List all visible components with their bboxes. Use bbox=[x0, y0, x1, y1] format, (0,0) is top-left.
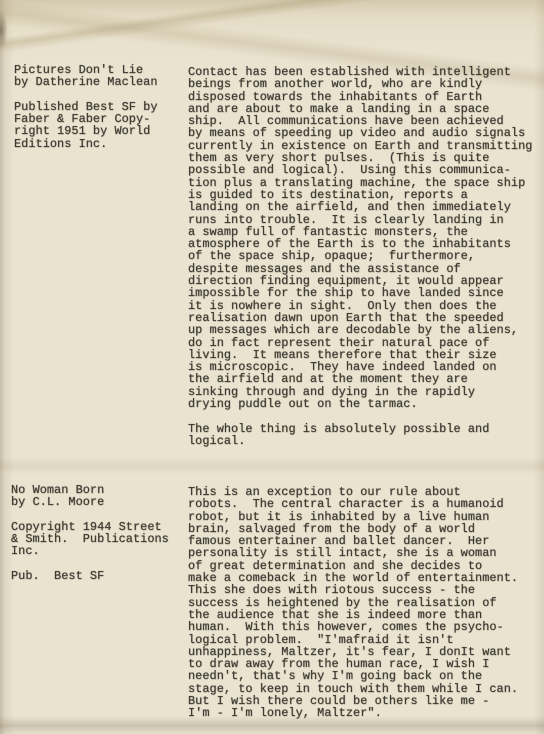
review-text-no-woman-born: This is an exception to our rule about r… bbox=[188, 486, 518, 720]
review-text-pictures-dont-lie: Contact has been established with intell… bbox=[188, 66, 532, 447]
typewritten-page: Pictures Don't Lie by Datherine Maclean … bbox=[0, 0, 544, 734]
margin-note-pictures-dont-lie: Pictures Don't Lie by Datherine Maclean … bbox=[14, 64, 158, 150]
margin-note-no-woman-born: No Woman Born by C.L. Moore Copyright 19… bbox=[11, 484, 169, 582]
